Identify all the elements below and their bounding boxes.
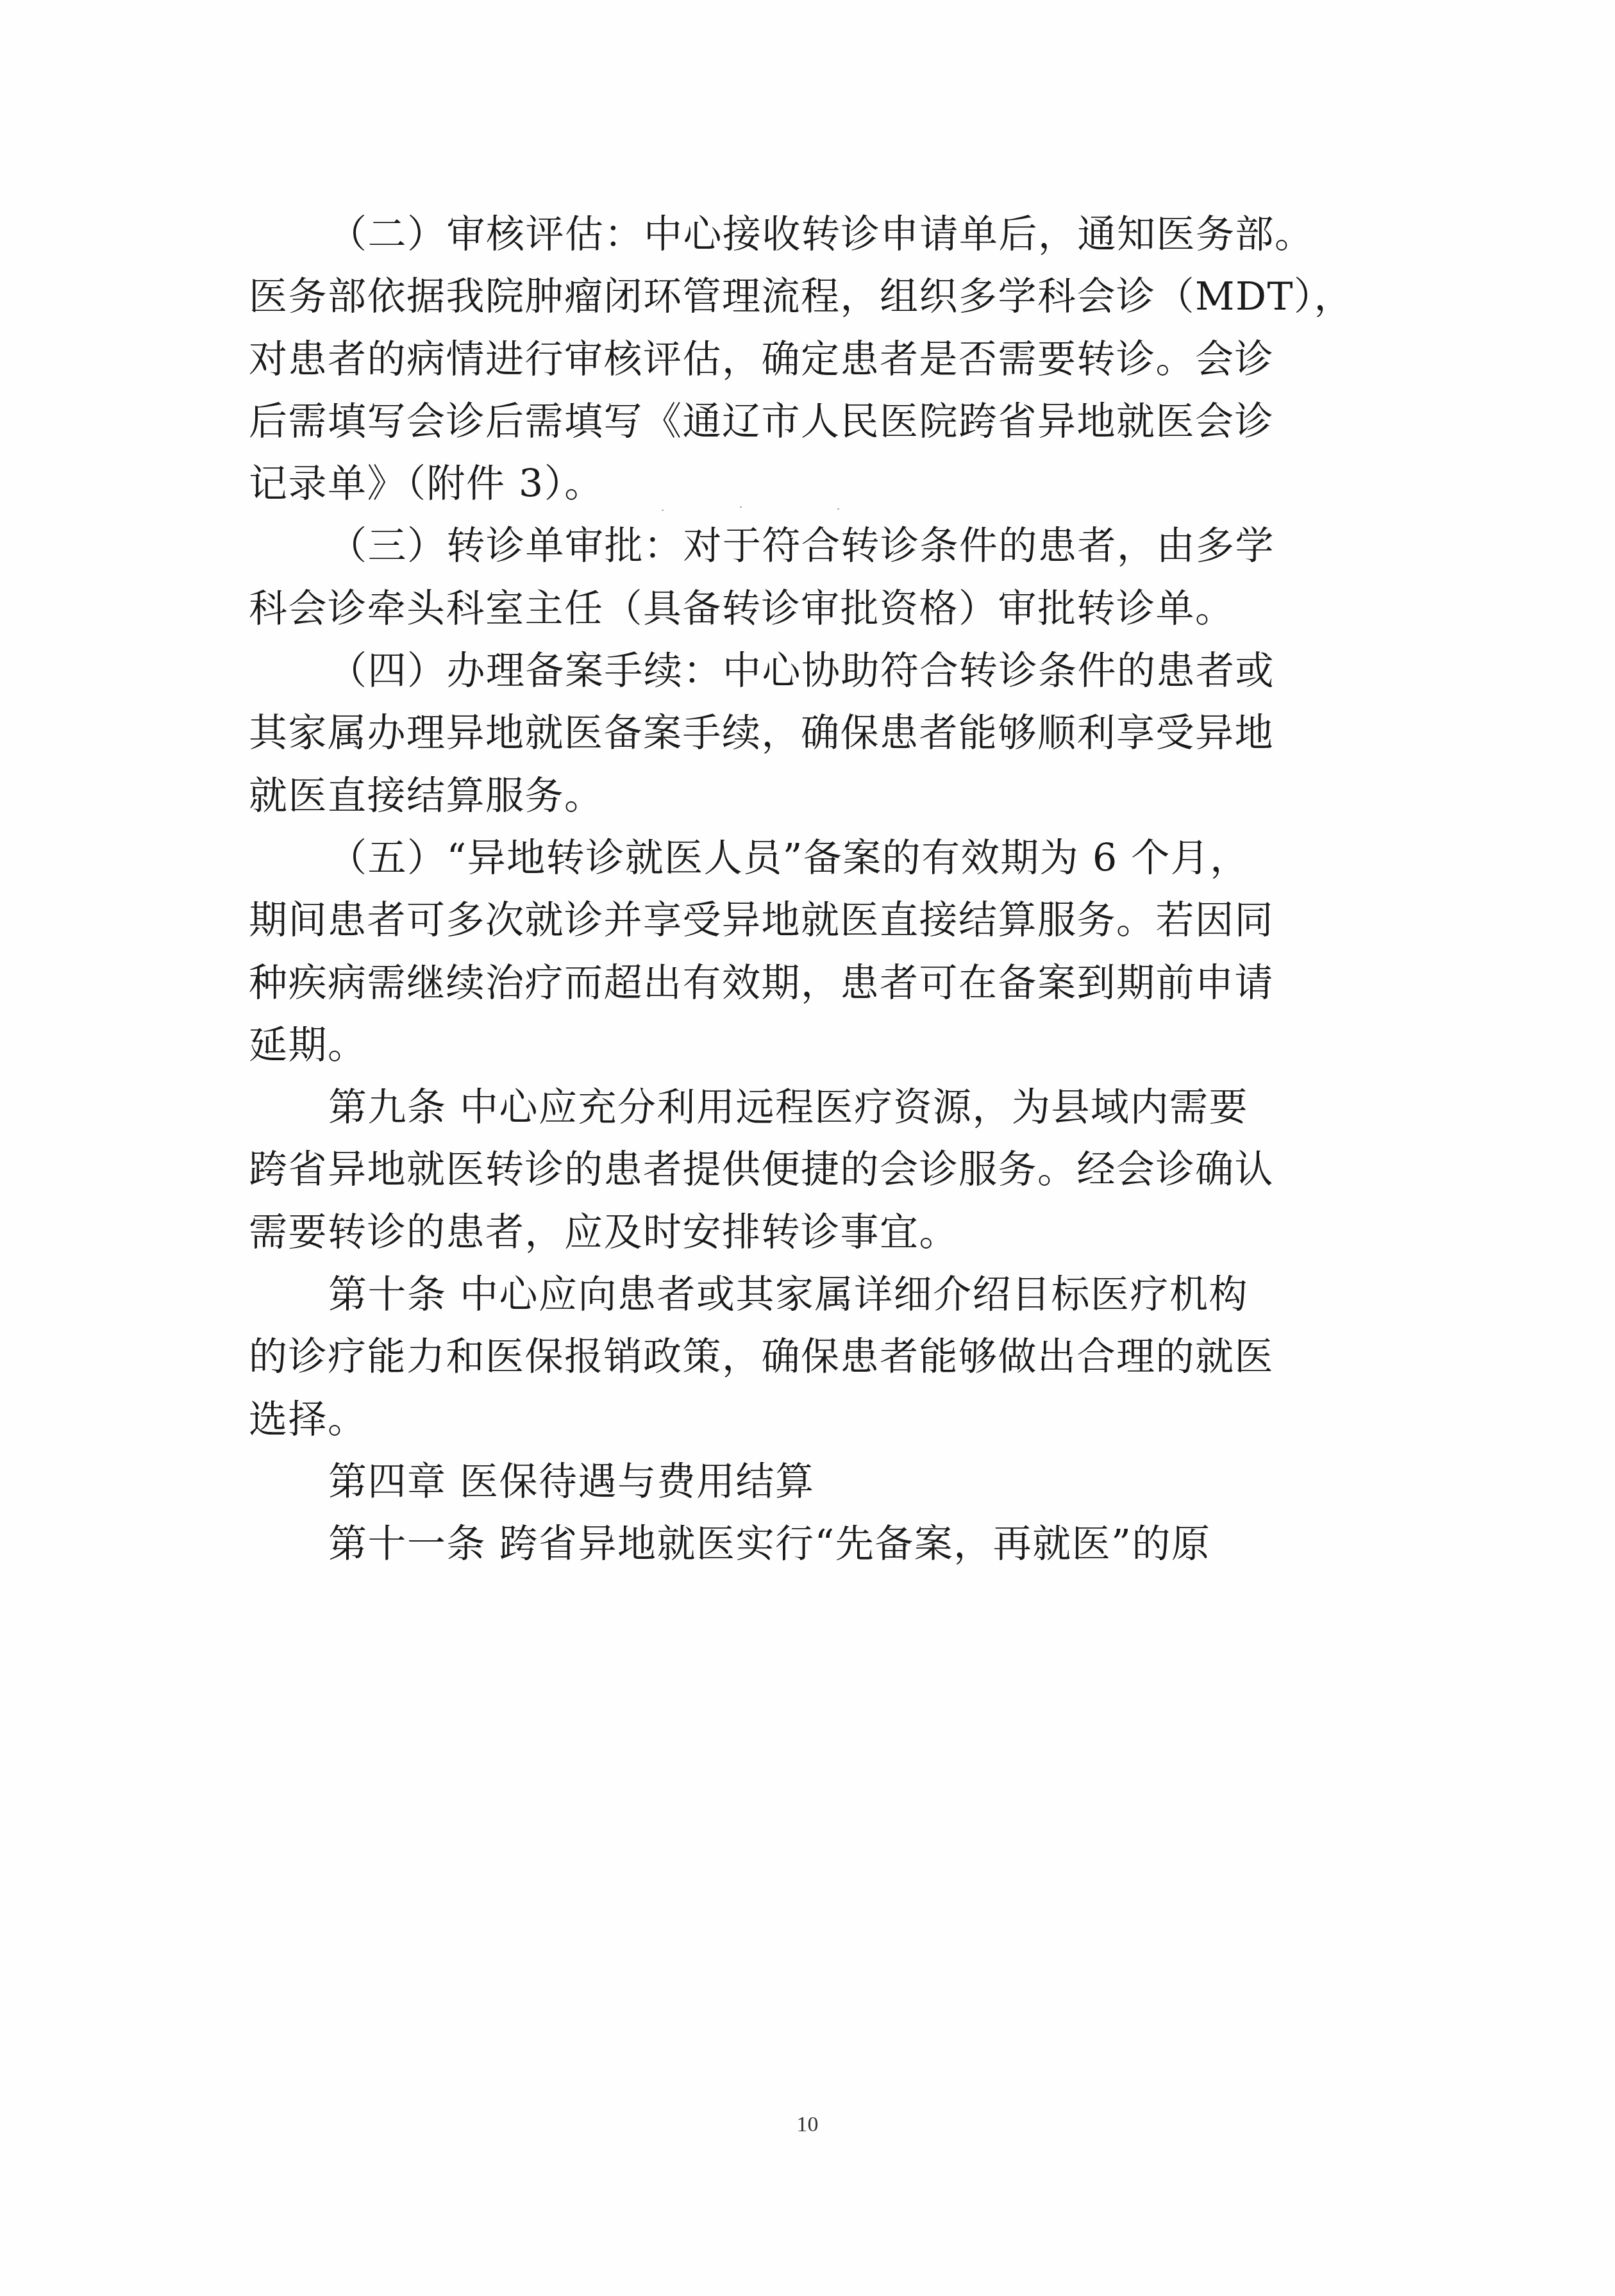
paragraph-review-assessment-line-5: 记录单》（附件 3）。 bbox=[249, 453, 1358, 515]
paragraph-filing-validity-line-2: 期间患者可多次就诊并享受异地就医直接结算服务。若因同 bbox=[249, 890, 1358, 952]
paragraph-review-assessment-line-1: （二）审核评估：中心接收转诊申请单后，通知医务部。 bbox=[249, 204, 1358, 266]
article-10-line-3: 选择。 bbox=[249, 1389, 1358, 1451]
paragraph-filing-validity-line-1: （五）“异地转诊就医人员”备案的有效期为 6 个月， bbox=[249, 828, 1358, 890]
paragraph-referral-approval-line-2: 科会诊牵头科室主任（具备转诊审批资格）审批转诊单。 bbox=[249, 578, 1358, 640]
paragraph-review-assessment-line-3: 对患者的病情进行审核评估，确定患者是否需要转诊。会诊 bbox=[249, 329, 1358, 391]
document-body: （二）审核评估：中心接收转诊申请单后，通知医务部。 医务部依据我院肿瘤闭环管理流… bbox=[249, 204, 1358, 1576]
article-10-line-1: 第十条 中心应向患者或其家属详细介绍目标医疗机构 bbox=[249, 1264, 1358, 1326]
paragraph-referral-approval-line-1: （三）转诊单审批：对于符合转诊条件的患者，由多学 bbox=[249, 515, 1358, 578]
paragraph-review-assessment-line-4: 后需填写会诊后需填写《通辽市人民医院跨省异地就医会诊 bbox=[249, 391, 1358, 453]
scan-speck bbox=[740, 506, 742, 508]
article-9-line-2: 跨省异地就医转诊的患者提供便捷的会诊服务。经会诊确认 bbox=[249, 1139, 1358, 1201]
article-11-line-1: 第十一条 跨省异地就医实行“先备案，再就医”的原 bbox=[249, 1513, 1358, 1576]
paragraph-filing-validity-line-3: 种疾病需继续治疗而超出有效期，患者可在备案到期前申请 bbox=[249, 953, 1358, 1015]
paragraph-filing-procedures-line-2: 其家属办理异地就医备案手续，确保患者能够顺利享受异地 bbox=[249, 703, 1358, 765]
scan-speck bbox=[837, 508, 839, 510]
paragraph-filing-procedures-line-1: （四）办理备案手续：中心协助符合转诊条件的患者或 bbox=[249, 640, 1358, 703]
article-9-line-3: 需要转诊的患者，应及时安排转诊事宜。 bbox=[249, 1202, 1358, 1264]
paragraph-filing-procedures-line-3: 就医直接结算服务。 bbox=[249, 765, 1358, 828]
page-number: 10 bbox=[0, 2113, 1615, 2137]
chapter-4-heading: 第四章 医保待遇与费用结算 bbox=[249, 1451, 1358, 1513]
article-9-line-1: 第九条 中心应充分利用远程医疗资源，为县域内需要 bbox=[249, 1077, 1358, 1139]
paragraph-filing-validity-line-4: 延期。 bbox=[249, 1015, 1358, 1077]
scan-speck bbox=[662, 510, 664, 511]
document-page: （二）审核评估：中心接收转诊申请单后，通知医务部。 医务部依据我院肿瘤闭环管理流… bbox=[0, 0, 1615, 2296]
paragraph-review-assessment-line-2: 医务部依据我院肿瘤闭环管理流程，组织多学科会诊（MDT）， bbox=[249, 266, 1358, 328]
article-10-line-2: 的诊疗能力和医保报销政策，确保患者能够做出合理的就医 bbox=[249, 1326, 1358, 1388]
